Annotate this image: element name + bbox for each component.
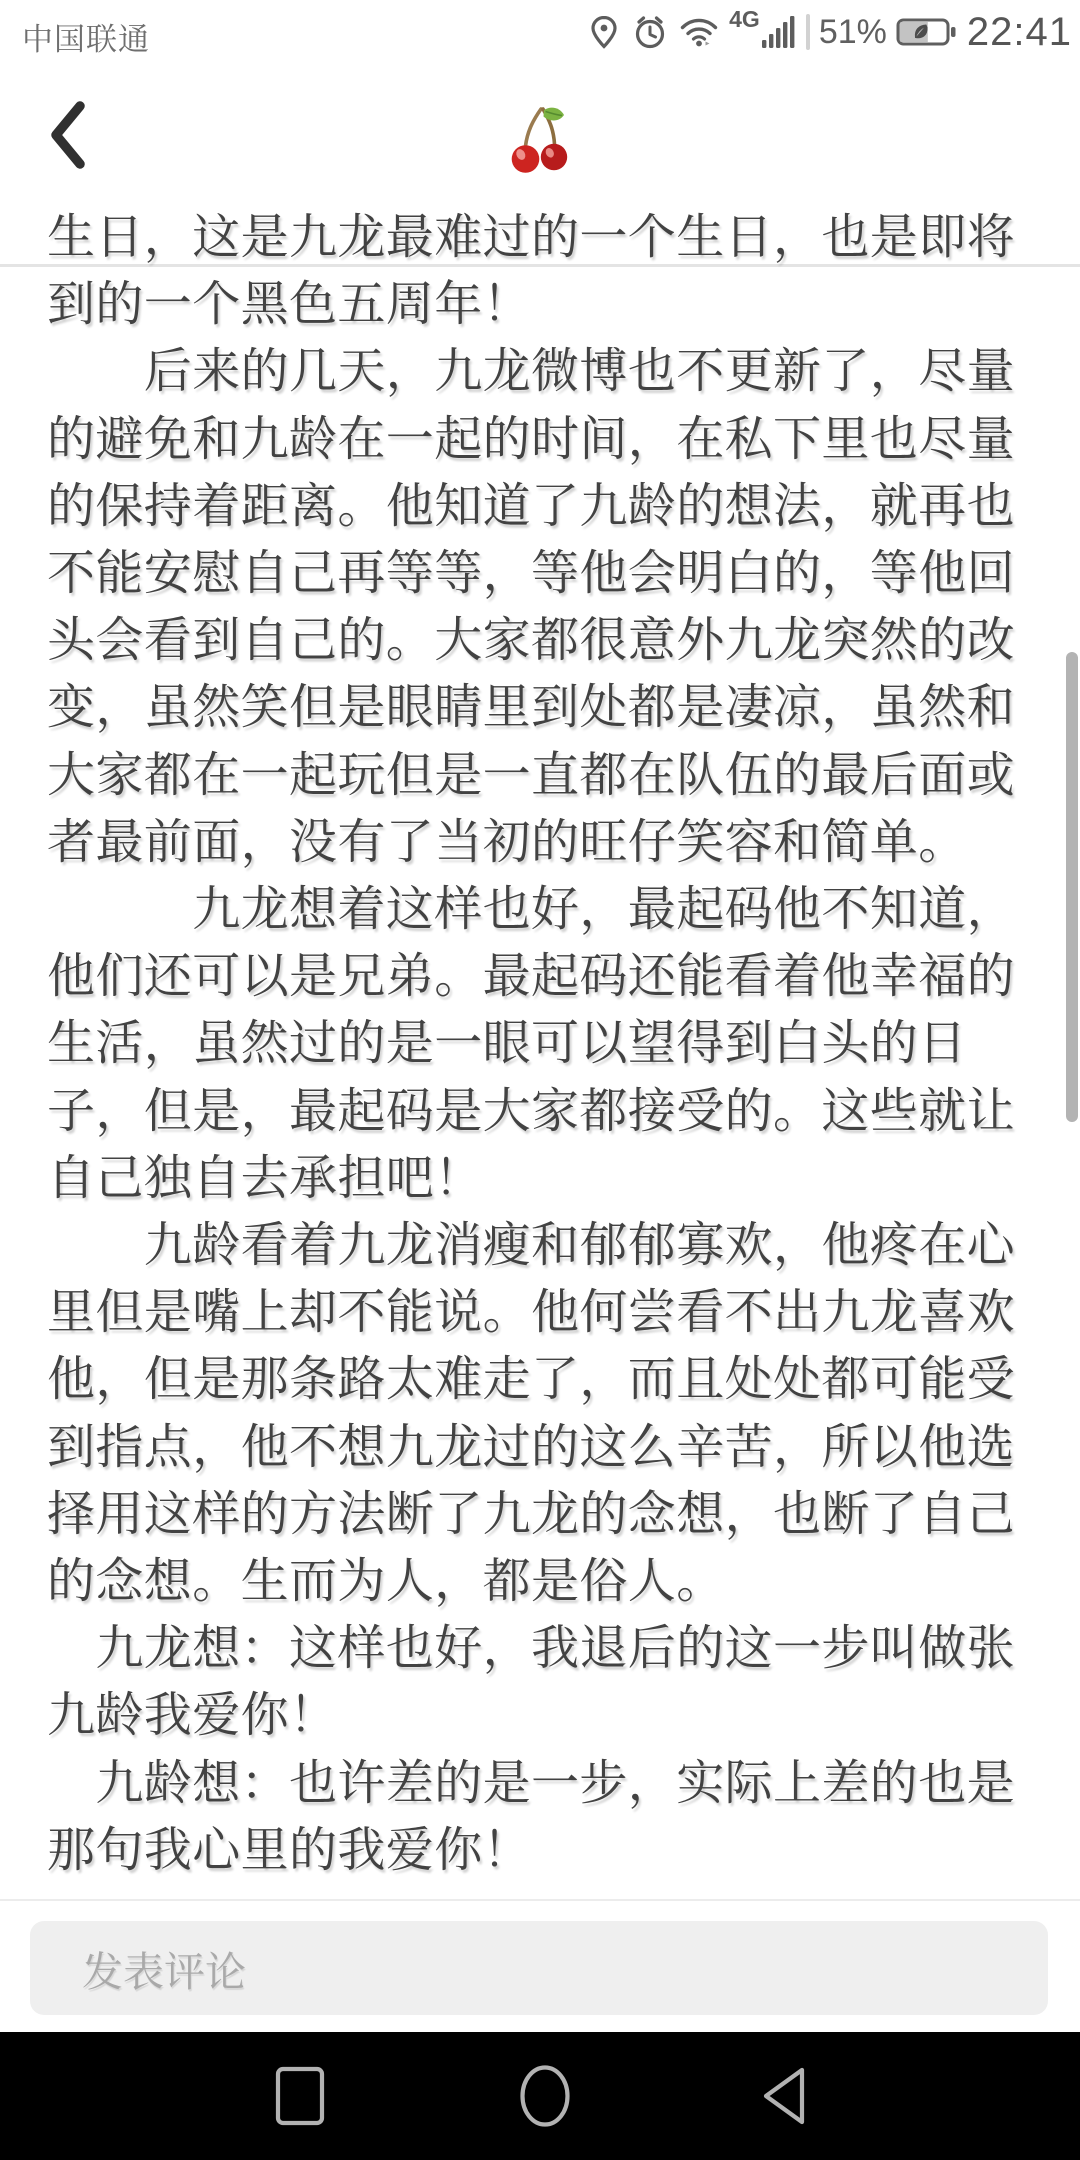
back-triangle-icon [760, 2064, 812, 2128]
comment-placeholder: 发表评论 [82, 1939, 246, 1998]
network-type-label: 4G [729, 6, 760, 33]
battery-percent-label: 51% [819, 13, 887, 52]
comment-bar: 发表评论 [0, 1901, 1080, 2032]
scrollbar-thumb[interactable] [1066, 652, 1078, 1122]
paragraph: 九龄想：也许差的是一步，实际上差的也是那句我心里的我爱你！ [47, 1750, 1019, 1884]
back-button[interactable] [28, 90, 108, 180]
story-text: 生日，这是九龙最难过的一个生日，也是即将到的一个黑色五周年！ 后来的几天，九龙微… [47, 204, 1019, 1884]
paragraph: 后来的几天，九龙微博也不更新了，尽量的避免和九龄在一起的时间，在私下里也尽量的保… [47, 338, 1019, 876]
paragraph: 生日，这是九龙最难过的一个生日，也是即将到的一个黑色五周年！ [47, 204, 1019, 338]
status-icons: 4G 51% 22:41 [586, 0, 1072, 64]
carrier-label: 中国联通 [22, 14, 150, 59]
screen: 中国联通 4G [0, 0, 1080, 2160]
signal-strength-icon: 4G [729, 12, 797, 52]
wifi-icon [678, 13, 720, 51]
header [0, 64, 1080, 202]
recents-button[interactable] [220, 2032, 380, 2160]
cherries-emoji-icon [508, 102, 574, 178]
chevron-left-icon [45, 99, 91, 171]
comment-input[interactable]: 发表评论 [30, 1921, 1048, 2015]
home-button[interactable] [465, 2032, 625, 2160]
status-bar: 中国联通 4G [0, 0, 1080, 64]
paragraph: 九龙想着这样也好，最起码他不知道，他们还可以是兄弟。最起码还能看着他幸福的生活，… [47, 876, 1019, 1212]
android-navbar [0, 2032, 1080, 2160]
recents-square-icon [274, 2065, 326, 2127]
location-icon [586, 13, 622, 51]
battery-icon [896, 16, 958, 48]
clock-time: 22:41 [967, 10, 1072, 55]
home-circle-icon [518, 2064, 572, 2128]
back-nav-button[interactable] [706, 2032, 866, 2160]
paragraph: 九龄看着九龙消瘦和郁郁寡欢，他疼在心里但是嘴上却不能说。他何尝看不出九龙喜欢他，… [47, 1212, 1019, 1615]
status-separator [806, 14, 810, 50]
alarm-icon [631, 13, 669, 51]
paragraph: 九龙想：这样也好，我退后的这一步叫做张九龄我爱你！ [47, 1615, 1019, 1749]
